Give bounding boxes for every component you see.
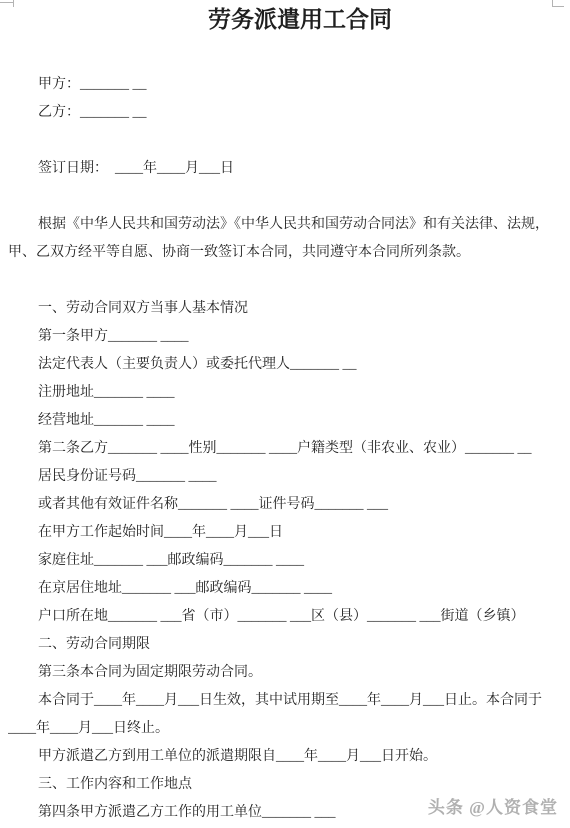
document-line: 第一条甲方_______ ____ — [8, 323, 562, 351]
document-line: 经营地址_______ ____ — [8, 407, 562, 435]
document-line: 根据《中华人民共和国劳动法》《中华人民共和国劳动合同法》和有关法律、法规， — [8, 211, 562, 239]
document-line: 或者其他有效证件名称_______ ____证件号码_______ ___ — [8, 491, 562, 519]
document-line: 在甲方工作起始时间____年____月___日 — [8, 519, 562, 547]
document-line: 户口所在地_______ ___省（市）_______ ___区（县）_____… — [8, 603, 562, 631]
document-line: 居民身份证号码_______ ____ — [8, 463, 562, 491]
document-line: 一、劳动合同双方当事人基本情况 — [8, 295, 562, 323]
watermark: 头条 @人资食堂 — [428, 793, 558, 818]
document-line: 乙方：_______ __ — [8, 99, 562, 127]
document-line: 甲、乙双方经平等自愿、协商一致签订本合同，共同遵守本合同所列条款。 — [8, 239, 562, 267]
document-line: 甲方派遣乙方到用工单位的派遣期限自____年____月___日开始。 — [8, 743, 562, 771]
document-line: 注册地址_______ ____ — [8, 379, 562, 407]
document-line: 第三条本合同为固定期限劳动合同。 — [8, 659, 562, 687]
document-line: 法定代表人（主要负责人）或委托代理人_______ __ — [8, 351, 562, 379]
crop-mark-top-right-horizontal — [552, 6, 564, 7]
document-line: ____年____月___日终止。 — [8, 715, 562, 743]
document-line: 家庭住址_______ ___邮政编码_______ ____ — [8, 547, 562, 575]
document-line: 第二条乙方_______ ____性别_______ ____户籍类型（非农业、… — [8, 435, 562, 463]
document-body: 甲方：_______ __乙方：_______ __签订日期： ____年___… — [0, 71, 570, 827]
crop-mark-top-left-horizontal — [0, 2, 13, 3]
crop-mark-top-left-vertical — [13, 0, 14, 7]
contract-page: 劳务派遣用工合同 甲方：_______ __乙方：_______ __签订日期：… — [0, 0, 570, 828]
blank-line — [8, 183, 562, 211]
blank-line — [8, 267, 562, 295]
document-line: 本合同于____年____月___日生效，其中试用期至____年____月___… — [8, 687, 562, 715]
blank-line — [8, 127, 562, 155]
document-line: 签订日期： ____年____月___日 — [8, 155, 562, 183]
document-line: 二、劳动合同期限 — [8, 631, 562, 659]
document-title: 劳务派遣用工合同 — [0, 0, 570, 34]
document-line: 甲方：_______ __ — [8, 71, 562, 99]
document-line: 在京居住地址_______ ___邮政编码_______ ____ — [8, 575, 562, 603]
